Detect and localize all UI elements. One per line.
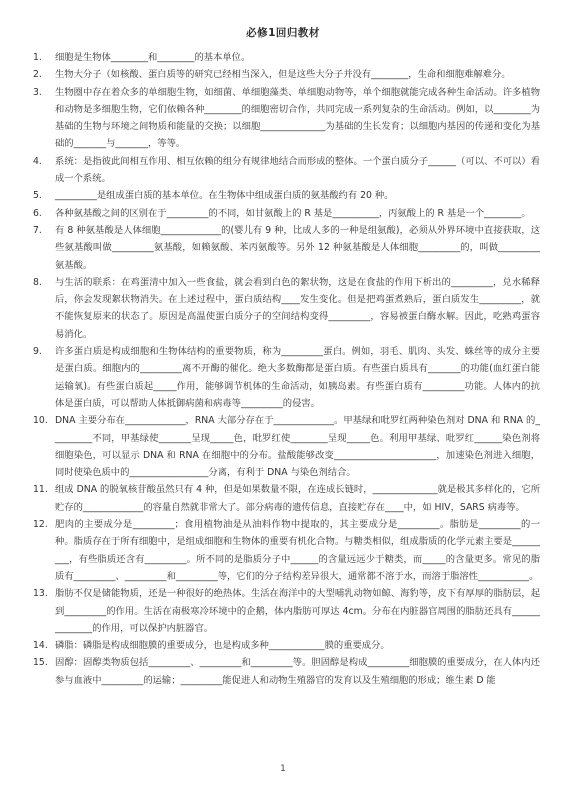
question-item: 14. 磷脂：磷脂是构成细胞膜的重要成分，也是构成多种____________膜… bbox=[33, 637, 540, 654]
question-item: 1. 细胞是生物体________和________的基本单位。 bbox=[33, 49, 540, 66]
question-item: 3. 生物圈中存在着众多的单细胞生物，如细菌、单细胞藻类、单细胞动物等，单个细胞… bbox=[33, 84, 540, 153]
question-text: 脂肪不仅是储能物质，还是一种很好的绝热体。生活在海洋中的大型哺乳动物如鲸、海豹等… bbox=[55, 588, 540, 634]
question-text: 固醇：固醇类物质包括_________、_________和_________等… bbox=[55, 657, 540, 685]
question-list: 1. 细胞是生物体________和________的基本单位。 2. 生物大分… bbox=[33, 49, 540, 689]
question-number: 9. bbox=[33, 343, 53, 360]
question-number: 6. bbox=[33, 205, 53, 222]
question-item: 5. _________是组成蛋白质的基本单位。在生物体中组成蛋白质的氨基酸约有… bbox=[33, 187, 540, 204]
question-number: 5. bbox=[33, 187, 53, 204]
question-number: 15. bbox=[33, 654, 53, 671]
question-text: 有 8 种氨基酸是人体细胞_____________的(婴儿有 9 种，比成人多… bbox=[55, 225, 540, 271]
question-text: 各种氨基酸之间的区别在于_________的不同，如甘氨酸上的 R 基是____… bbox=[55, 208, 531, 219]
question-text: _________是组成蛋白质的基本单位。在生物体中组成蛋白质的氨基酸约有 20… bbox=[55, 190, 393, 201]
question-number: 4. bbox=[33, 153, 53, 170]
question-number: 13. bbox=[33, 585, 53, 602]
question-number: 7. bbox=[33, 222, 53, 239]
question-number: 11. bbox=[33, 481, 53, 498]
question-number: 3. bbox=[33, 84, 53, 101]
question-text: 许多蛋白质是构成细胞和生物体结构的重要物质，称为_________蛋白。例如，羽… bbox=[55, 346, 540, 409]
question-text: 组成 DNA 的脱氧核苷酸虽然只有 4 种，但是如果数量不限，在连成长链时，__… bbox=[55, 484, 540, 512]
question-item: 13. 脂肪不仅是储能物质，还是一种很好的绝热体。生活在海洋中的大型哺乳动物如鲸… bbox=[33, 585, 540, 637]
question-number: 2. bbox=[33, 66, 53, 83]
question-text: 与生活的联系：在鸡蛋清中加入一些食盐，就会看到白色的絮状物，这是在食盐的作用下析… bbox=[55, 277, 540, 340]
page-title: 必修1回归教材 bbox=[0, 0, 566, 40]
question-text: DNA 主要分布在_____________，RNA 大部分存在于_______… bbox=[55, 415, 540, 478]
question-text: 磷脂：磷脂是构成细胞膜的重要成分，也是构成多种____________膜的重要成… bbox=[55, 640, 390, 651]
question-text: 生物圈中存在着众多的单细胞生物，如细菌、单细胞藻类、单细胞动物等，单个细胞就能完… bbox=[55, 87, 540, 150]
question-number: 1. bbox=[33, 49, 53, 66]
question-item: 11. 组成 DNA 的脱氧核苷酸虽然只有 4 种，但是如果数量不限，在连成长链… bbox=[33, 481, 540, 516]
question-text: 生物大分子（如核酸、蛋白质等的研究已经相当深入，但是这些大分子并没有______… bbox=[55, 69, 511, 80]
question-item: 7. 有 8 种氨基酸是人体细胞_____________的(婴儿有 9 种，比… bbox=[33, 222, 540, 274]
question-item: 15. 固醇：固醇类物质包括_________、_________和______… bbox=[33, 654, 540, 689]
question-number: 12. bbox=[33, 516, 53, 533]
question-number: 8. bbox=[33, 274, 53, 291]
question-item: 12. 肥肉的主要成分是_________；食用植物油是从油料作物中提取的，其主… bbox=[33, 516, 540, 585]
question-item: 8. 与生活的联系：在鸡蛋清中加入一些食盐，就会看到白色的絮状物，这是在食盐的作… bbox=[33, 274, 540, 343]
question-text: 肥肉的主要成分是_________；食用植物油是从油料作物中提取的，其主要成分是… bbox=[55, 519, 540, 582]
question-item: 2. 生物大分子（如核酸、蛋白质等的研究已经相当深入，但是这些大分子并没有___… bbox=[33, 66, 540, 83]
page-number: 1 bbox=[0, 764, 566, 774]
question-item: 4. 系统：是指彼此间相互作用、相互依赖的组分有规律地结合而形成的整体。一个蛋白… bbox=[33, 153, 540, 188]
question-text: 系统：是指彼此间相互作用、相互依赖的组分有规律地结合而形成的整体。一个蛋白质分子… bbox=[55, 156, 540, 184]
question-item: 9. 许多蛋白质是构成细胞和生物体结构的重要物质，称为_________蛋白。例… bbox=[33, 343, 540, 412]
question-text: 细胞是生物体________和________的基本单位。 bbox=[55, 52, 250, 63]
document-page: 必修1回归教材 1. 细胞是生物体________和________的基本单位。… bbox=[0, 0, 566, 800]
question-number: 10. bbox=[33, 412, 53, 429]
question-item: 6. 各种氨基酸之间的区别在于_________的不同，如甘氨酸上的 R 基是_… bbox=[33, 205, 540, 222]
question-item: 10. DNA 主要分布在_____________，RNA 大部分存在于___… bbox=[33, 412, 540, 481]
question-number: 14. bbox=[33, 637, 53, 654]
